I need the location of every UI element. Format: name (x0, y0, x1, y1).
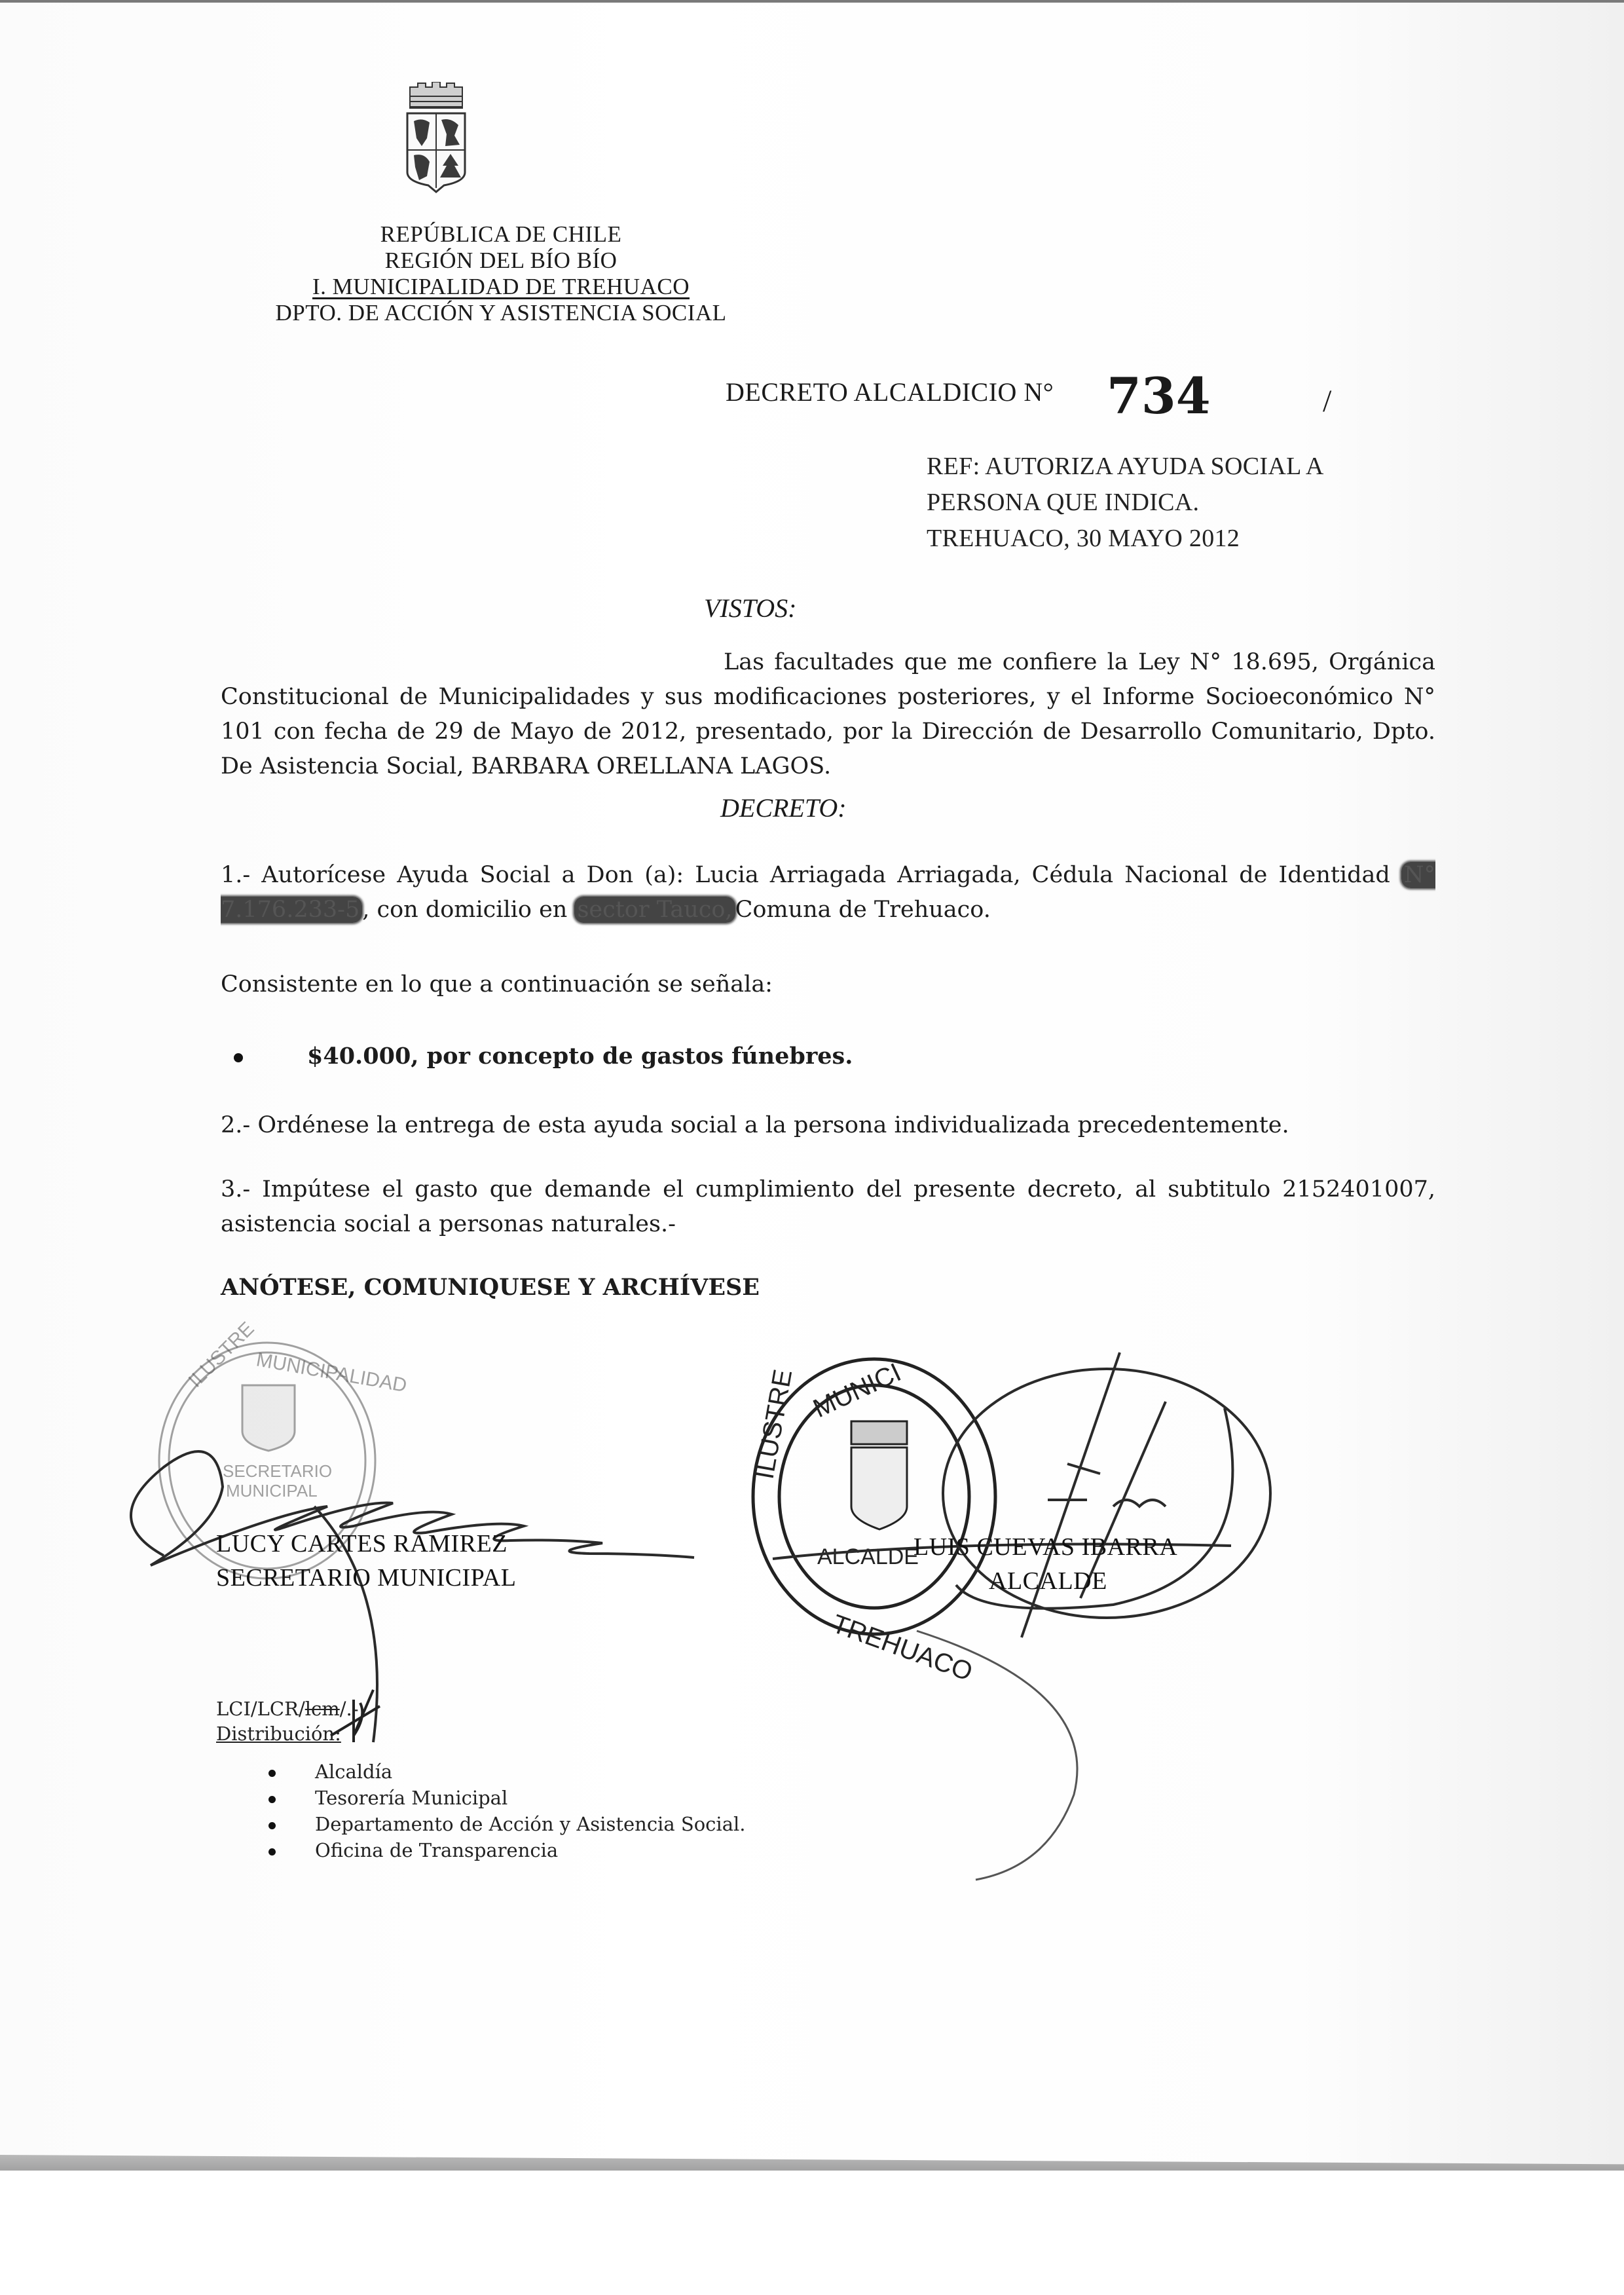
item-1: 1.- Autorícese Ayuda Social a Don (a): L… (221, 858, 1435, 927)
decree-number: 734 (1107, 367, 1211, 425)
ref-line-2: PERSONA QUE INDICA. (927, 488, 1199, 517)
distribution-label: Distribución: (216, 1723, 341, 1745)
bullet-icon (268, 1848, 276, 1856)
coat-of-arms-icon (398, 82, 474, 193)
bullet-icon (268, 1770, 276, 1777)
header-municipality: I. MUNICIPALIDAD DE TREHUACO (252, 274, 750, 300)
mayor-name: LUIS CUEVAS IBARRA (913, 1533, 1177, 1561)
distribution-item: Alcaldía (268, 1761, 392, 1783)
vistos-heading: VISTOS: (704, 593, 796, 624)
bullet-icon (268, 1796, 276, 1803)
initials-line: LCI/LCR/lcm/.- (216, 1698, 359, 1720)
decreto-heading: DECRETO: (720, 793, 847, 823)
decree-slash: / (1323, 383, 1331, 419)
distribution-item: Departamento de Acción y Asistencia Soci… (268, 1813, 745, 1835)
decree-title: DECRETO ALCALDICIO N° (726, 377, 1054, 407)
mayor-role: ALCALDE (989, 1567, 1107, 1595)
header-region: REGIÓN DEL BÍO BÍO (252, 248, 750, 274)
ref-line-1: REF: AUTORIZA AYUDA SOCIAL A (927, 452, 1324, 481)
secretary-name: LUCY CARTES RAMIREZ (216, 1529, 507, 1558)
distribution-item: Tesorería Municipal (268, 1787, 507, 1809)
bullet-icon (268, 1822, 276, 1829)
secretary-role: SECRETARIO MUNICIPAL (216, 1563, 516, 1592)
aid-amount: $40.000, por concepto de gastos fúnebres… (307, 1043, 853, 1070)
bullet-icon (234, 1053, 243, 1062)
item-3: 3.- Impútese el gasto que demande el cum… (221, 1172, 1435, 1242)
ref-line-date: TREHUACO, 30 MAYO 2012 (927, 524, 1240, 553)
header-department: DPTO. DE ACCIÓN Y ASISTENCIA SOCIAL (252, 300, 750, 326)
vistos-paragraph: Las facultades que me confiere la Ley N°… (221, 645, 1435, 784)
redacted-address: sector Tauco, (574, 897, 735, 923)
distribution-item: Oficina de Transparencia (268, 1839, 558, 1861)
scan-top-edge (0, 0, 1624, 3)
document-page (0, 0, 1624, 2168)
item-2: 2.- Ordénese la entrega de esta ayuda so… (221, 1112, 1289, 1138)
consistente-text: Consistente en lo que a continuación se … (221, 971, 773, 998)
closing-formula: ANÓTESE, COMUNIQUESE Y ARCHÍVESE (221, 1274, 760, 1301)
header-country: REPÚBLICA DE CHILE (252, 221, 750, 248)
aid-bullet: $40.000, por concepto de gastos fúnebres… (234, 1043, 853, 1070)
